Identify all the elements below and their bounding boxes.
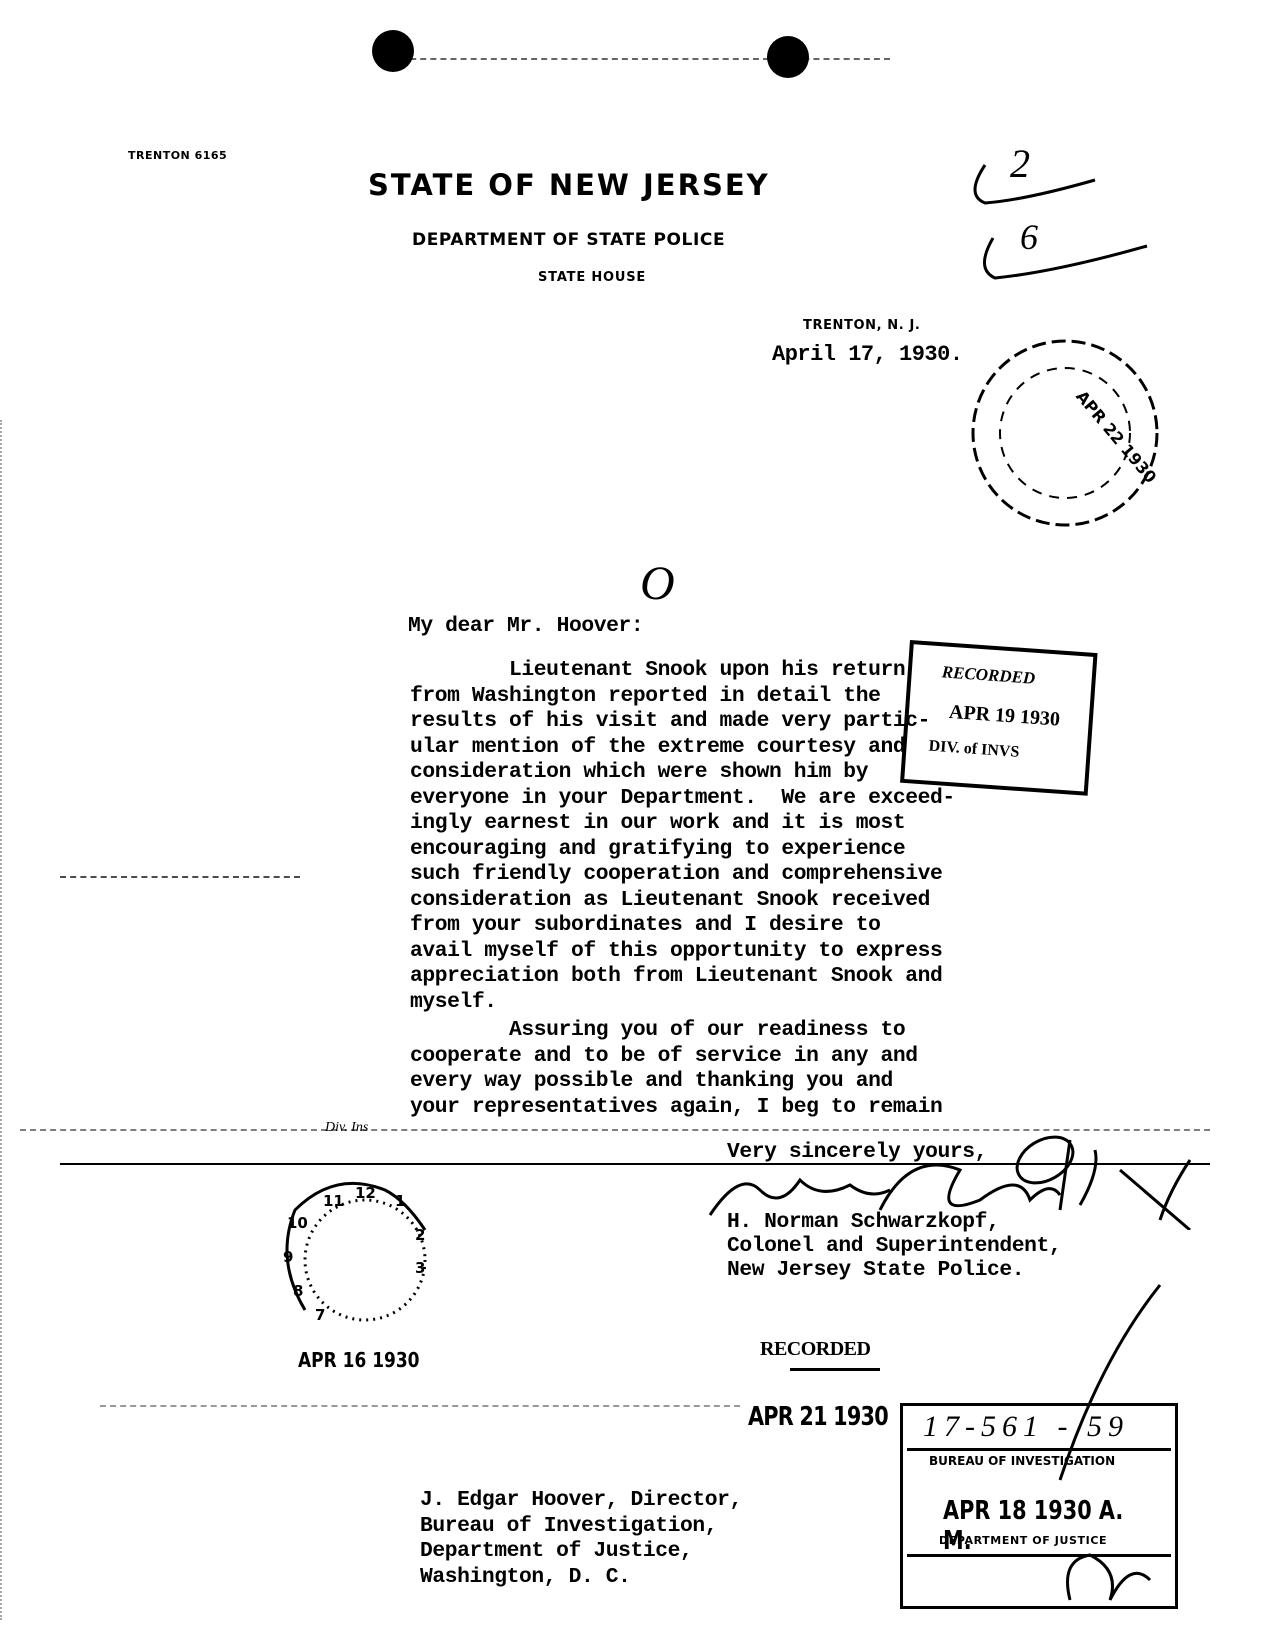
scan-line bbox=[100, 1405, 740, 1408]
scan-artifact-line bbox=[390, 58, 890, 61]
handwritten-initial: O bbox=[640, 556, 675, 611]
letterhead-state: STATE OF NEW JERSEY bbox=[368, 168, 770, 202]
paragraph-2: Assuring you of our readiness to coopera… bbox=[410, 1018, 942, 1120]
svg-text:9: 9 bbox=[283, 1248, 293, 1266]
received-date-stamp: APR 16 1930 bbox=[298, 1348, 420, 1372]
addressee-block: J. Edgar Hoover, Director, Bureau of Inv… bbox=[420, 1488, 742, 1590]
signer-block: H. Norman Schwarzkopf, Colonel and Super… bbox=[727, 1210, 1061, 1282]
svg-text:3: 3 bbox=[415, 1259, 425, 1277]
svg-text:8: 8 bbox=[293, 1282, 303, 1300]
svg-text:1: 1 bbox=[395, 1192, 405, 1210]
salutation: My dear Mr. Hoover: bbox=[408, 614, 643, 638]
scan-line bbox=[60, 876, 300, 879]
letterhead-department: DEPARTMENT OF STATE POLICE bbox=[412, 230, 725, 250]
letterhead-building: STATE HOUSE bbox=[538, 270, 646, 285]
letterhead-city: TRENTON, N. J. bbox=[803, 318, 920, 333]
svg-text:10: 10 bbox=[287, 1214, 308, 1232]
recorded-box-date: APR 19 1930 bbox=[948, 701, 1060, 732]
margin-bracket-icon bbox=[965, 160, 1105, 210]
margin-bracket-icon bbox=[975, 234, 1155, 284]
svg-text:12: 12 bbox=[355, 1184, 376, 1202]
punch-hole-right bbox=[767, 36, 809, 78]
recorded-box-title: RECORDED bbox=[941, 662, 1036, 688]
punch-hole-left bbox=[372, 30, 414, 72]
svg-text:7: 7 bbox=[315, 1306, 325, 1324]
pen-strike-icon bbox=[860, 1280, 1180, 1632]
paragraph-1: Lieutenant Snook upon his return from Wa… bbox=[410, 658, 955, 1015]
scan-edge bbox=[0, 420, 8, 1620]
recorded-stamp-title: RECORDED bbox=[760, 1338, 870, 1361]
letter-date: April 17, 1930. bbox=[772, 342, 963, 367]
recorded-box-division: DIV. of INVS bbox=[928, 738, 1020, 762]
svg-text:11: 11 bbox=[323, 1192, 344, 1210]
round-stamp-icon: APR 22 1930 bbox=[960, 325, 1160, 540]
clock-stamp-icon: 12 1 2 3 7 8 9 10 11 bbox=[275, 1170, 445, 1330]
division-initials: Div. Ins bbox=[325, 1120, 368, 1136]
letterhead-phone: TRENTON 6165 bbox=[128, 149, 227, 162]
svg-text:2: 2 bbox=[415, 1226, 425, 1244]
recorded-box-stamp: RECORDED APR 19 1930 DIV. of INVS bbox=[900, 640, 1098, 796]
